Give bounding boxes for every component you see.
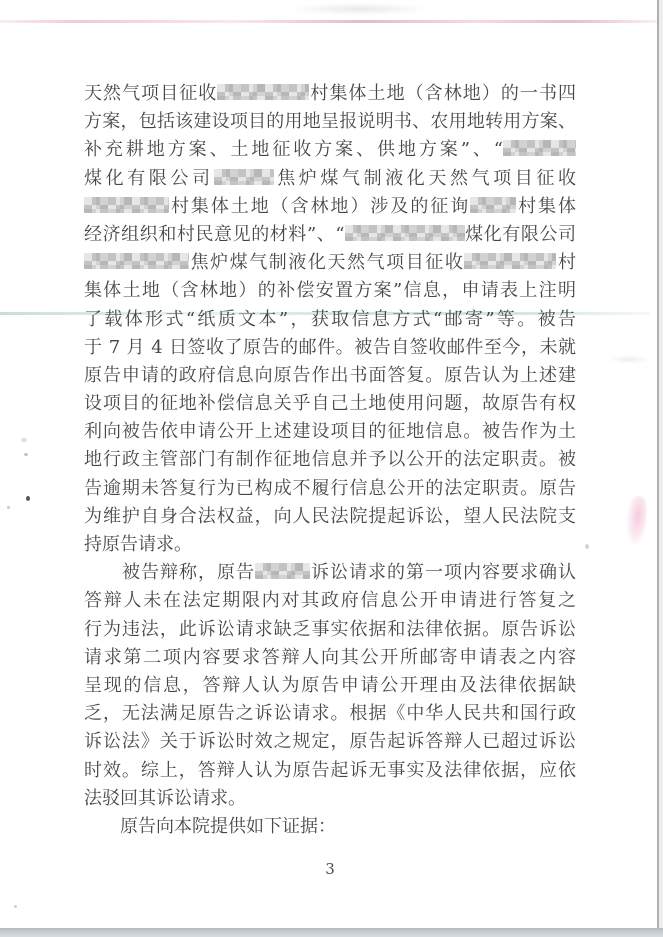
- text-run: 时效。综上，答辩人认为原告起诉无事实及法律依据，应依: [84, 760, 576, 781]
- document-line: 煤化有限公司焦炉煤气制液化天然气项目征收: [84, 165, 576, 193]
- text-run: 集体土地（含林地）的补偿安置方案”信息，申请表上注明: [84, 280, 576, 301]
- document-line: 利向被告依申请公开上述建设项目的征地信息。被告作为土: [84, 418, 576, 446]
- text-run: 村集体土地（含林地）涉及的征询: [169, 196, 470, 217]
- redaction-block: [464, 253, 556, 269]
- document-line: 时效。综上，答辩人认为原告起诉无事实及法律依据，应依: [84, 757, 576, 785]
- scan-speck: [14, 905, 17, 908]
- text-run: 被告辩称，原告: [84, 562, 255, 583]
- scan-speck: [24, 453, 28, 456]
- redaction-block: [84, 197, 169, 213]
- scan-artifact-pink-line: [0, 20, 663, 23]
- document-line: 乏，无法满足原告之诉讼请求。根据《中华人民共和国行政: [84, 700, 576, 728]
- document-line: 诉讼法》关于诉讼时效之规定，原告起诉答辩人已超过诉讼: [84, 728, 576, 756]
- document-line: 为维护自身合法权益，向人民法院提起诉讼，望人民法院支: [84, 503, 576, 531]
- text-run: 焦炉煤气制液化天然气项目征收: [189, 252, 464, 273]
- document-line: 地行政主管部门有制作征地信息并予以公开的法定职责。被: [84, 446, 576, 474]
- text-run: 煤化有限公司: [465, 224, 576, 245]
- document-line: 设项目的征地补偿信息关乎自己土地使用问题，故原告有权: [84, 390, 576, 418]
- text-run: 经济组织和村民意见的材料”、“: [84, 224, 345, 245]
- text-run: 村集体土地（含林地）的一书四: [309, 83, 576, 104]
- scan-speck: [7, 506, 10, 509]
- text-run: 行为违法，此诉讼请求缺乏事实依据和法律依据。原告诉讼: [84, 619, 576, 640]
- text-run: 地行政主管部门有制作征地信息并予以公开的法定职责。被: [84, 449, 576, 470]
- page-number: 3: [84, 860, 576, 878]
- document-line: 了载体形式“纸质文本”，获取信息方式“邮寄”等。被告: [84, 306, 576, 334]
- document-line: 呈现的信息，答辩人认为原告申请公开理由及法律依据缺: [84, 672, 576, 700]
- scanned-court-document-page: 天然气项目征收村集体土地（含林地）的一书四方案，包括该建设项目的用地呈报说明书、…: [0, 0, 663, 937]
- redaction-block: [255, 563, 310, 579]
- document-line: 法驳回其诉讼请求。: [84, 785, 576, 813]
- text-run: 煤化有限公司: [84, 168, 214, 189]
- text-run: 天然气项目征收: [84, 83, 217, 104]
- scan-artifact-smudge-top: [290, 3, 430, 15]
- text-run: 乏，无法满足原告之诉讼请求。根据《中华人民共和国行政: [84, 703, 576, 724]
- document-line: 行为违法，此诉讼请求缺乏事实依据和法律依据。原告诉讼: [84, 616, 576, 644]
- text-run: 原告向本院提供如下证据：: [84, 816, 336, 837]
- document-line: 持原告请求。: [84, 531, 576, 559]
- text-run: 为维护自身合法权益，向人民法院提起诉讼，望人民法院支: [84, 506, 576, 527]
- text-run: 设项目的征地补偿信息关乎自己土地使用问题，故原告有权: [84, 393, 576, 414]
- text-run: 了载体形式“纸质文本”，获取信息方式“邮寄”等。被告: [84, 309, 576, 330]
- text-run: 补充耕地方案、土地征收方案、供地方案”、“: [84, 139, 503, 160]
- text-run: 答辩人未在法定期限内对其政府信息公开申请进行答复之: [84, 590, 576, 611]
- text-run: 告逾期未答复行为已构成不履行信息公开的法定职责。原告: [84, 478, 576, 499]
- text-run: 请求第二项内容要求答辩人向其公开所邮寄申请表之内容: [84, 647, 576, 668]
- document-line: 天然气项目征收村集体土地（含林地）的一书四: [84, 80, 576, 108]
- document-line: 方案，包括该建设项目的用地呈报说明书、农用地转用方案、: [84, 108, 576, 136]
- document-line: 原告申请的政府信息向原告作出书面答复。原告认为上述建: [84, 362, 576, 390]
- document-line: 经济组织和村民意见的材料”、“煤化有限公司: [84, 221, 576, 249]
- document-line: 集体土地（含林地）的补偿安置方案”信息，申请表上注明: [84, 277, 576, 305]
- redaction-block: [345, 225, 465, 241]
- text-run: 呈现的信息，答辩人认为原告申请公开理由及法律依据缺: [84, 675, 576, 696]
- document-line: 告逾期未答复行为已构成不履行信息公开的法定职责。原告: [84, 475, 576, 503]
- document-line: 原告向本院提供如下证据：: [84, 813, 576, 841]
- redaction-block: [470, 197, 516, 213]
- text-run: 于 7 月 4 日签收了原告的邮件。被告自签收邮件至今，未就: [84, 337, 576, 358]
- scan-artifact-pink-blotch: [624, 495, 649, 545]
- scan-speck: [585, 544, 589, 549]
- document-line: 被告辩称，原告诉讼请求的第一项内容要求确认: [84, 559, 576, 587]
- document-line: 请求第二项内容要求答辩人向其公开所邮寄申请表之内容: [84, 644, 576, 672]
- document-body: 天然气项目征收村集体土地（含林地）的一书四方案，包括该建设项目的用地呈报说明书、…: [84, 80, 576, 841]
- text-run: 诉讼法》关于诉讼时效之规定，原告起诉答辩人已超过诉讼: [84, 731, 576, 752]
- redaction-block: [217, 84, 309, 100]
- document-line: 焦炉煤气制液化天然气项目征收村: [84, 249, 576, 277]
- scan-artifact-smudge-right: [608, 356, 650, 363]
- text-run: 利向被告依申请公开上述建设项目的征地信息。被告作为土: [84, 421, 576, 442]
- text-run: 方案，包括该建设项目的用地呈报说明书、农用地转用方案、: [84, 111, 576, 132]
- redaction-block: [214, 169, 274, 185]
- scan-speck: [21, 438, 27, 442]
- text-run: 持原告请求。: [84, 534, 192, 555]
- page-edge-bottom: [0, 928, 663, 937]
- text-run: 法驳回其诉讼请求。: [84, 788, 246, 809]
- redaction-block: [503, 140, 576, 156]
- redaction-block: [84, 253, 189, 269]
- text-run: 诉讼请求的第一项内容要求确认: [310, 562, 576, 583]
- scan-speck: [26, 496, 30, 501]
- text-run: 原告申请的政府信息向原告作出书面答复。原告认为上述建: [84, 365, 576, 386]
- page-edge-right-margin: [659, 0, 663, 937]
- text-run: 焦炉煤气制液化天然气项目征收: [274, 168, 576, 189]
- text-run: 村: [556, 252, 576, 273]
- document-line: 村集体土地（含林地）涉及的征询村集体: [84, 193, 576, 221]
- document-line: 答辩人未在法定期限内对其政府信息公开申请进行答复之: [84, 587, 576, 615]
- text-run: 村集体: [516, 196, 576, 217]
- document-line: 补充耕地方案、土地征收方案、供地方案”、“: [84, 136, 576, 164]
- document-line: 于 7 月 4 日签收了原告的邮件。被告自签收邮件至今，未就: [84, 334, 576, 362]
